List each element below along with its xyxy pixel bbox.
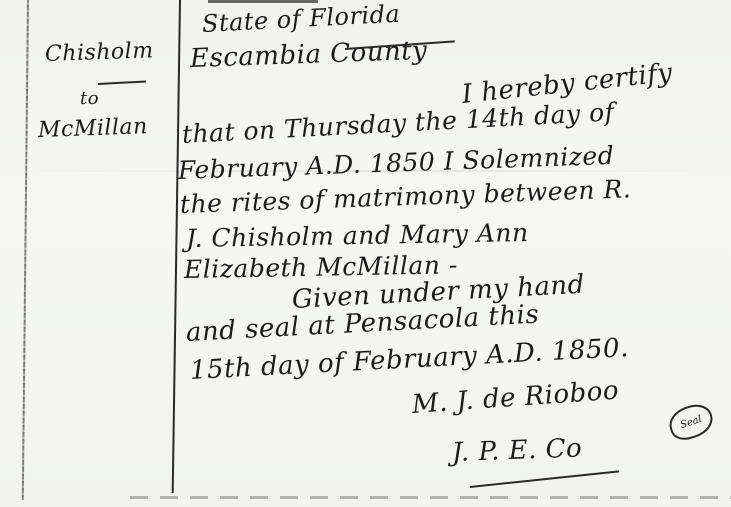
margin-underline (98, 80, 146, 85)
office-flourish (470, 470, 619, 488)
office-abbreviation: J. P. E. Co (451, 433, 582, 468)
document-page: Chisholm to McMillan State of Florida Es… (0, 0, 731, 507)
heading-state: State of Florida (201, 0, 401, 38)
seal-mark: Seal (665, 400, 717, 444)
heading-county: Escambia County (189, 36, 427, 74)
signature: M. J. de Rioboo (411, 376, 620, 420)
seal-label: Seal (679, 413, 703, 430)
body-line-2: that on Thursday the 14th day of (181, 97, 615, 149)
margin-note-bride: McMillan (38, 114, 149, 143)
bottom-edge-mark (130, 496, 731, 499)
main-margin-rule (172, 0, 181, 493)
margin-note-groom: Chisholm (45, 38, 154, 67)
left-margin-rule (22, 0, 29, 500)
margin-note-to: to (80, 88, 99, 109)
body-line-5: J. Chisholm and Mary Ann (186, 218, 529, 253)
top-edge-mark (208, 0, 318, 3)
